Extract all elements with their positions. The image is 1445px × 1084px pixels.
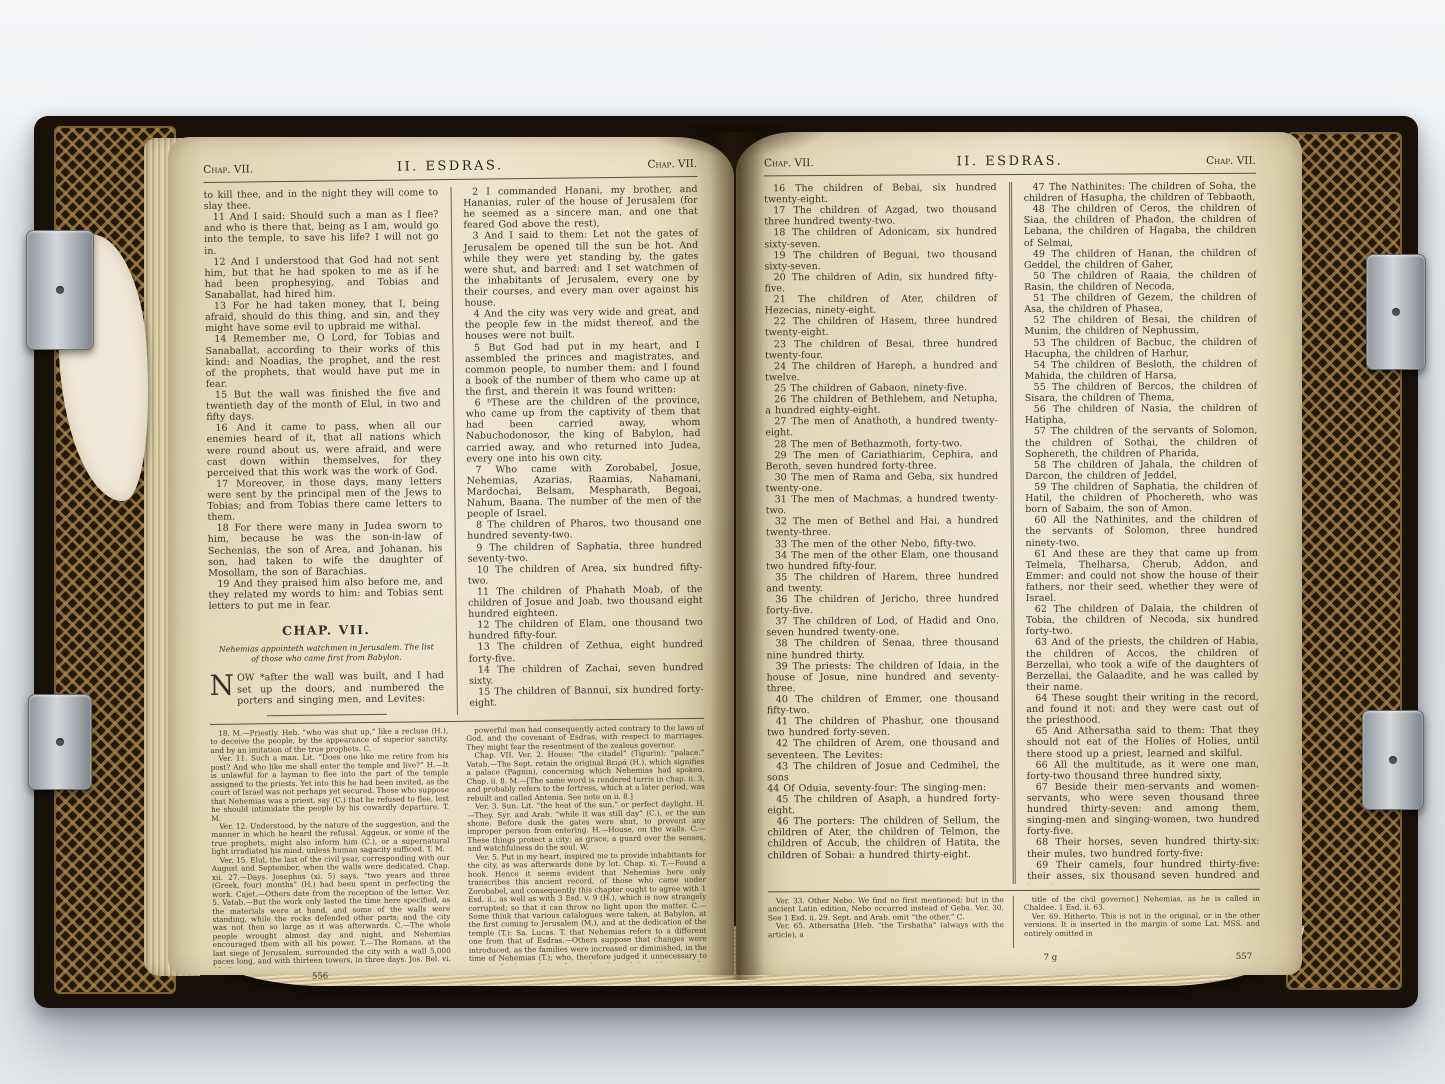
clasp-pin <box>1392 308 1400 316</box>
verse-list: to kill thee, and in the night they will… <box>204 187 444 612</box>
verse-paragraph: 63 And of the priests, the children of H… <box>1026 636 1259 693</box>
opening-paragraph: NOW *after the wall was built, and I had… <box>209 671 444 707</box>
verse-paragraph: 6 ᵇThese are the children of the provinc… <box>466 395 701 465</box>
verse-paragraph: 48 The children of Ceros, the children o… <box>1024 203 1257 249</box>
verse-paragraph: 20 The children of Adin, six hundred fif… <box>765 271 998 294</box>
verse-paragraph: 41 The children of Phashur, one thousand… <box>767 715 1000 738</box>
verse-paragraph: 13 The children of Zethua, eight hundred… <box>469 639 704 664</box>
verse-paragraph: 50 The children of Raaia, the children o… <box>1024 270 1257 293</box>
verse-list: 2 I commanded Hanani, my brother, and Ha… <box>463 184 704 709</box>
verse-paragraph: 27 The men of Anathoth, a hundred twenty… <box>765 415 998 438</box>
photo-backdrop: Chap. VII. II. ESDRAS. Chap. VII. to kil… <box>0 0 1445 1084</box>
verse-paragraph: 17 Moreover, in those days, many letters… <box>207 476 442 523</box>
left-page: Chap. VII. II. ESDRAS. Chap. VII. to kil… <box>168 137 734 975</box>
verse-paragraph: 18 For there were many in Judea sworn to… <box>208 520 443 578</box>
page-footer: 7 g 557 <box>768 952 1260 965</box>
verse-paragraph: 19 The children of Beguai, two thousand … <box>764 249 997 272</box>
page-number: 556 <box>312 972 328 982</box>
opening-text: OW *after the wall was built, and I had … <box>237 671 444 707</box>
verse-paragraph: 32 The men of Bethel and Hai, a hundred … <box>766 515 999 538</box>
verse-paragraph: 2 I commanded Hanani, my brother, and Ha… <box>463 184 698 231</box>
metal-clasp <box>1362 710 1424 810</box>
verse-paragraph: 65 And Athersatha said to them: That the… <box>1026 725 1259 760</box>
commentary-note: Ver. 33. Other Nebo. We find no first me… <box>768 896 1004 923</box>
verse-paragraph: 22 The children of Hasem, three hundred … <box>765 315 998 338</box>
commentary-note: Ver. 11. Such a man. Lit. “Does one like… <box>210 752 449 823</box>
running-head-left: Chap. VII. <box>764 157 814 169</box>
running-head-title: II. ESDRAS. <box>957 154 1064 170</box>
verse-paragraph: 33 The men of the other Nebo, fifty-two. <box>766 538 999 550</box>
verse-paragraph: 56 The children of Nasia, the children o… <box>1025 403 1258 426</box>
commentary-column-2: powerful men had consequently acted cont… <box>466 724 707 965</box>
running-head: Chap. VII. II. ESDRAS. Chap. VII. <box>764 153 1256 174</box>
verse-paragraph: 36 The children of Jericho, three hundre… <box>766 593 999 616</box>
verse-paragraph: 16 The children of Bebai, six hundred tw… <box>764 182 997 205</box>
verse-paragraph: 67 Beside their men-servants and women-s… <box>1027 781 1260 838</box>
verse-paragraph: 10 The children of Area, six hundred fif… <box>468 562 703 587</box>
verse-paragraph: 54 The children of Besloth, the children… <box>1024 359 1257 382</box>
commentary-note: Ver. 12. Understood, by the nature of th… <box>211 820 449 857</box>
footnote-rule <box>527 716 647 718</box>
verse-paragraph: 31 The men of Machmas, a hundred twenty-… <box>766 493 999 516</box>
verse-paragraph: 34 The men of the other Elam, one thousa… <box>766 549 999 572</box>
verse-paragraph: 21 The children of Ater, children of Hez… <box>765 293 998 316</box>
running-head-left: Chap. VII. <box>203 163 253 176</box>
verse-paragraph: 3 And I said to them: Let not the gates … <box>464 228 699 309</box>
running-head-right: Chap. VII. <box>1206 155 1256 167</box>
verse-paragraph: 24 The children of Hareph, a hundred and… <box>765 360 998 383</box>
verse-list: 47 The Nathinites: The children of Soha,… <box>1024 181 1260 886</box>
verse-paragraph: 40 The children of Emmer, one thousand f… <box>767 693 1000 716</box>
verse-paragraph: 7 Who came with Zorobabel, Josue, Nehemi… <box>466 462 701 520</box>
verse-paragraph: 64 These sought their writing in the rec… <box>1026 692 1259 727</box>
left-page-content: Chap. VII. II. ESDRAS. Chap. VII. to kil… <box>163 134 739 979</box>
metal-clasp <box>1366 254 1426 370</box>
verse-paragraph: 17 The children of Azgad, two thousand t… <box>764 204 997 227</box>
chapter-summary: Nehemias appointeth watchmen in Jerusale… <box>215 642 438 665</box>
verse-paragraph: 43 The children of Josue and Cedmihel, t… <box>767 760 1000 783</box>
verse-paragraph: 38 The children of Senaa, three thousand… <box>766 638 999 661</box>
verse-paragraph: 13 For he had taken money, that I, being… <box>205 298 440 334</box>
verse-paragraph: 53 The children of Bacbuc, the children … <box>1024 336 1257 359</box>
main-text: 16 The children of Bebai, six hundred tw… <box>764 181 1260 886</box>
verse-paragraph: 19 And they praised him also before me, … <box>208 576 443 612</box>
verse-paragraph: 59 The children of Saphatia, the childre… <box>1025 481 1258 516</box>
commentary-note: Ver. 15. Elul, the last of the civil yea… <box>212 854 451 968</box>
verse-paragraph: 14 Remember me, O Lord, for Tobias and S… <box>205 332 440 390</box>
commentary: Ver. 33. Other Nebo. We find no first me… <box>768 895 1260 950</box>
commentary-column-2: title of the civil governor.] Nehemias, … <box>1013 895 1260 948</box>
verse-list: 16 The children of Bebai, six hundred tw… <box>764 182 1000 861</box>
page-number: 557 <box>1236 952 1252 962</box>
verse-paragraph: to kill thee, and in the night they will… <box>204 187 439 212</box>
verse-paragraph: 9 The children of Saphatia, three hundre… <box>467 539 702 564</box>
text-column-2: 47 The Nathinites: The children of Soha,… <box>1009 181 1260 884</box>
signature-mark: 7 g <box>1044 953 1058 963</box>
commentary-column-1: Ver. 33. Other Nebo. We find no first me… <box>768 896 1004 949</box>
verse-paragraph: 39 The priests: The children of Idaia, i… <box>767 660 1000 695</box>
verse-paragraph: 14 The children of Zachai, seven hundred… <box>469 662 704 687</box>
verse-paragraph: 58 The children of Jahala, the children … <box>1025 458 1258 481</box>
verse-paragraph: 62 The children of Dalaia, the children … <box>1026 603 1259 638</box>
verse-paragraph: 49 The children of Hanan, the children o… <box>1024 247 1257 270</box>
clasp-pin <box>1389 756 1397 764</box>
running-head-title: II. ESDRAS. <box>397 158 504 174</box>
verse-paragraph: 47 The Nathinites: The children of Soha,… <box>1024 181 1257 204</box>
verse-paragraph: 15 The children of Bannui, six hundred f… <box>469 684 704 709</box>
verse-paragraph: 45 The children of Asaph, a hundred fort… <box>767 793 1000 816</box>
verse-paragraph: 5 But God had put in my heart, and I ass… <box>465 339 700 397</box>
clasp-pin <box>56 738 64 746</box>
running-head-right: Chap. VII. <box>647 158 697 171</box>
commentary-note: Ver. 69. Hitherto. This is not in the or… <box>1024 912 1260 939</box>
verse-paragraph: 51 The children of Gezem, the children o… <box>1024 292 1257 315</box>
verse-paragraph: 29 The men of Cariathiarim, Cephira, and… <box>765 449 998 472</box>
verse-paragraph: 11 And I said: Should such a man as I fl… <box>204 209 439 256</box>
commentary-note: Ver. 65. Athersatha [Heb. “the Tirshatha… <box>768 921 1004 939</box>
chapter-heading: CHAP. VII. <box>209 621 444 639</box>
commentary-note: Chap. VII. Ver. 2. House: “the citadel” … <box>466 749 705 803</box>
verse-paragraph: 68 Their horses, seven hundred thirty-si… <box>1027 836 1260 859</box>
main-text: to kill thee, and in the night they will… <box>204 184 704 718</box>
commentary-note: Ver. 5. Put in my heart, inspired me to … <box>468 851 707 965</box>
commentary: 18. M.—Priestly. Heb. “who was shut up,”… <box>210 724 707 968</box>
footnote-rule <box>267 714 387 716</box>
verse-paragraph: 18 The children of Adonicam, six hundred… <box>764 227 997 250</box>
verse-paragraph: 69 Their camels, four hundred thirty-fiv… <box>1027 858 1260 885</box>
verse-paragraph: 52 The children of Besai, the children o… <box>1024 314 1257 337</box>
right-page: Chap. VII. II. ESDRAS. Chap. VII. 16 The… <box>736 132 1302 975</box>
verse-paragraph: 42 The children of Arem, one thousand an… <box>767 738 1000 761</box>
footnote-text: * A. M. 3550. Ecclus. xlix. 15. <box>210 717 445 718</box>
verse-paragraph: 60 All the Nathinites, and the children … <box>1025 514 1258 549</box>
open-spread: Chap. VII. II. ESDRAS. Chap. VII. to kil… <box>168 132 1302 980</box>
verse-paragraph: 12 The children of Elam, one thousand tw… <box>468 617 703 642</box>
drop-cap: N <box>209 673 237 697</box>
verse-paragraph: 4 And the city was very wide and great, … <box>464 306 699 342</box>
verse-paragraph: 57 The children of the servants of Solom… <box>1025 425 1258 460</box>
verse-paragraph: 12 And I understood that God had not sen… <box>204 254 439 301</box>
verse-paragraph: 11 The children of Phahath Moab, of the … <box>468 584 703 620</box>
verse-paragraph: 15 But the wall was finished the five an… <box>206 387 441 423</box>
verse-paragraph: 35 The children of Harem, three hundred … <box>766 571 999 594</box>
verse-paragraph: 46 The porters: The children of Sellum, … <box>767 815 1000 861</box>
verse-paragraph: 37 The children of Lod, of Hadid and Ono… <box>766 615 999 638</box>
verse-paragraph: 16 And it came to pass, when all our ene… <box>206 420 441 478</box>
verse-paragraph: 66 All the multitude, as it were one man… <box>1027 758 1260 781</box>
verse-paragraph: 26 The children of Bethlehem, and Netuph… <box>765 393 998 416</box>
book: Chap. VII. II. ESDRAS. Chap. VII. to kil… <box>34 116 1418 1008</box>
footnote-block: * A. M. 3550. Ecclus. xlix. 15. <box>210 713 445 718</box>
text-column-1: 16 The children of Bebai, six hundred tw… <box>764 182 1000 885</box>
right-page-content: Chap. VII. II. ESDRAS. Chap. VII. 16 The… <box>734 131 1304 977</box>
commentary-column-1: 18. M.—Priestly. Heb. “who was shut up,”… <box>210 727 451 968</box>
verse-paragraph: 23 The children of Besai, three hundred … <box>765 338 998 361</box>
commentary-rule <box>768 889 1260 893</box>
verse-paragraph: 30 The men of Rama and Geba, six hundred… <box>766 471 999 494</box>
text-column-2: 2 I commanded Hanani, my brother, and Ha… <box>450 184 704 715</box>
metal-clasp <box>26 230 94 350</box>
commentary-note: Ver. 3. Sun. Lit. “the heat of the sun,”… <box>467 800 706 854</box>
clasp-pin <box>56 286 64 294</box>
verse-paragraph: 8 The children of Pharos, two thousand o… <box>467 517 702 542</box>
verse-paragraph: 61 And these are they that came up from … <box>1025 547 1258 604</box>
head-rule <box>764 173 1256 177</box>
metal-clasp <box>28 694 92 790</box>
text-column-1: to kill thee, and in the night they will… <box>204 187 445 718</box>
verse-paragraph: 55 The children of Bercos, the children … <box>1025 381 1258 404</box>
